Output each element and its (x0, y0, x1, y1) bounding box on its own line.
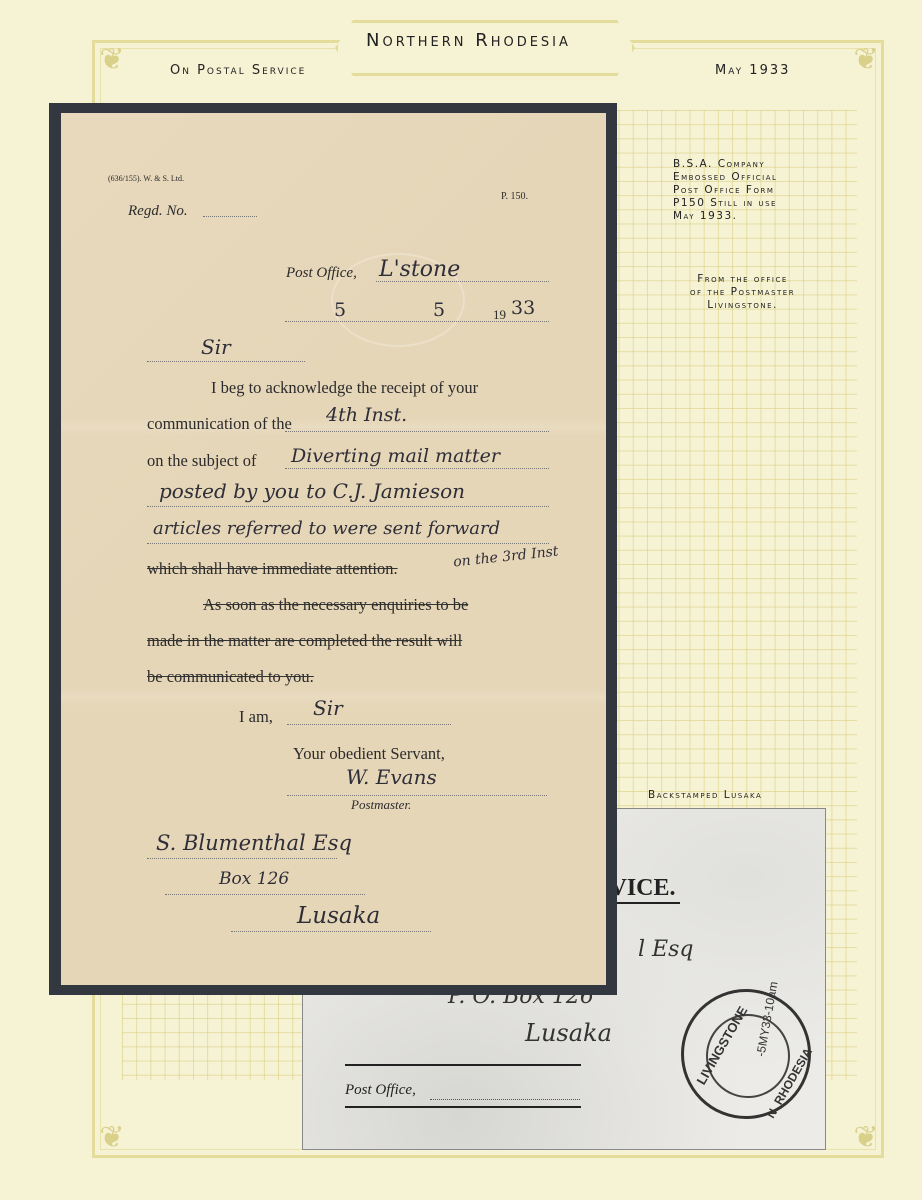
closing-label: I am, (239, 707, 273, 727)
form-number: P. 150. (501, 191, 528, 202)
addressee-box: Box 126 (219, 869, 289, 889)
salutation: Sir (201, 335, 231, 359)
envelope-addressee: l Esq (638, 937, 693, 962)
form-line (147, 506, 549, 507)
date-heading: May 1933 (715, 63, 790, 78)
annotation-bsa: B.S.A. Company Embossed Official Post Of… (673, 158, 777, 223)
form-line (285, 468, 549, 469)
closing-value: Sir (313, 696, 343, 720)
handwritten-line6-add: on the 3rd Inst (452, 544, 559, 571)
envelope-rule (345, 1106, 581, 1108)
addressee-name: S. Blumenthal Esq (156, 831, 352, 855)
date-line (285, 321, 549, 322)
date-month: 5 (433, 299, 445, 321)
date-day: 5 (334, 299, 346, 321)
postmark: LIVINGSTONE -5MY33-10am N. RHODESIA (681, 989, 811, 1119)
envelope-town: Lusaka (525, 1019, 612, 1047)
address-line (231, 931, 431, 932)
para2-line1: As soon as the necessary enquiries to be (203, 595, 468, 615)
form-line (147, 543, 549, 544)
post-office-label: Post Office, (286, 265, 357, 282)
form-line (285, 431, 549, 432)
corner-ornament-icon: ❦ (842, 1114, 890, 1162)
envelope-rule (345, 1064, 581, 1066)
annotation-line: P150 Still in use (673, 197, 777, 210)
date-year: 33 (511, 297, 535, 319)
corner-ornament-icon: ❦ (842, 36, 890, 84)
corner-ornament-icon: ❦ (88, 1114, 136, 1162)
para2-line2: made in the matter are completed the res… (147, 631, 462, 651)
regd-label: Regd. No. (128, 203, 188, 220)
annotation-line: Livingstone. (690, 299, 795, 312)
post-office-value: L'stone (379, 257, 460, 282)
para1-line1: I beg to acknowledge the receipt of your (211, 378, 478, 398)
para1-line2-value: 4th Inst. (326, 404, 407, 426)
post-office-form: (636/155). W. & S. Ltd. P. 150. Regd. No… (61, 113, 606, 985)
closing-line (287, 724, 451, 725)
annotation-line: May 1933. (673, 210, 777, 223)
corner-ornament-icon: ❦ (88, 36, 136, 84)
page-title: Northern Rhodesia (366, 30, 571, 51)
obedient-servant: Your obedient Servant, (293, 744, 445, 764)
handwritten-line5: articles referred to were sent forward (153, 518, 500, 539)
postmaster-label: Postmaster. (351, 797, 411, 813)
para1-line3-label: on the subject of (147, 451, 257, 471)
address-line (147, 858, 337, 859)
addressee-town: Lusaka (297, 903, 380, 929)
annotation-line: From the office (690, 273, 795, 286)
annotation-backstamp: Backstamped Lusaka (648, 789, 762, 801)
left-heading: On Postal Service (170, 63, 306, 78)
signature: W. Evans (346, 765, 437, 789)
struck-line6: which shall have immediate attention. (147, 559, 398, 579)
regd-line (203, 216, 257, 217)
album-page: ❦ ❦ ❦ ❦ Northern Rhodesia On Postal Serv… (0, 0, 922, 1200)
annotation-line: of the Postmaster (690, 286, 795, 299)
envelope-post-office-label: Post Office, (345, 1082, 416, 1099)
salutation-line (147, 361, 305, 362)
printer-code: (636/155). W. & S. Ltd. (108, 174, 184, 183)
annotation-line: Post Office Form (673, 184, 777, 197)
envelope-post-office-line (430, 1099, 580, 1100)
handwritten-line4: posted by you to C.J. Jamieson (159, 479, 465, 503)
annotation-postmaster: From the office of the Postmaster Living… (690, 273, 795, 312)
annotation-line: Embossed Official (673, 171, 777, 184)
post-office-line (376, 281, 549, 282)
para2-line3: be communicated to you. (147, 667, 314, 687)
address-line (165, 894, 365, 895)
annotation-line: B.S.A. Company (673, 158, 777, 171)
para1-line3-value: Diverting mail matter (291, 445, 500, 467)
para1-line2-label: communication of the (147, 414, 292, 434)
signature-line (287, 795, 547, 796)
